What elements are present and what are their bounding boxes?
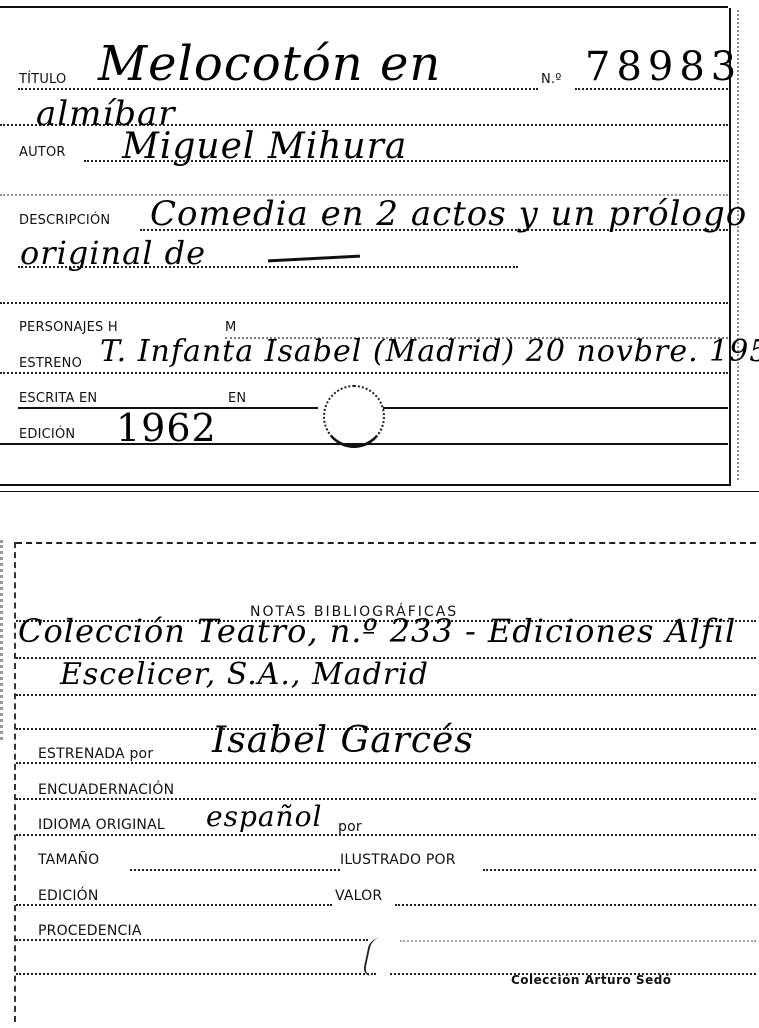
descripcion-value: Comedia en 2 actos y un prólogo — [150, 194, 747, 234]
notas-rule-3 — [16, 694, 756, 696]
valor-rule — [395, 904, 756, 906]
estreno-value: T. Infanta Isabel (Madrid) 20 novbre. 19… — [100, 334, 759, 369]
card-border-bottom — [0, 484, 731, 486]
tamano-rule — [130, 869, 340, 871]
bottom-rule — [16, 973, 376, 975]
escrita-en-rule-2 — [383, 407, 728, 409]
pencil-curve-mark — [362, 938, 386, 976]
estrenada-por-value: Isabel Garcés — [212, 720, 474, 761]
descripcion-label: DESCRIPCIÓN — [19, 213, 110, 228]
autor-label: AUTOR — [19, 145, 66, 160]
edicion-rule — [16, 904, 332, 906]
procedencia-rule-2 — [400, 940, 756, 942]
tamano-label: TAMAÑO — [38, 852, 99, 868]
edicion-value: 1962 — [116, 406, 217, 450]
stamp-mark — [323, 385, 385, 448]
dash-mark — [268, 255, 360, 263]
estrenada-por-rule — [16, 762, 756, 764]
numero-label: N.º — [541, 72, 562, 87]
card-border-left — [14, 542, 16, 1022]
idioma-por-label: por — [338, 819, 362, 835]
card-border-top — [16, 542, 756, 544]
edicion-label: EDICIÓN — [38, 888, 99, 904]
titulo-label: TÍTULO — [19, 72, 66, 87]
procedencia-rule — [16, 939, 368, 941]
collection-credit: Colección Arturo Sedó — [511, 973, 672, 987]
idioma-original-rule — [16, 834, 756, 836]
blank-rule-2 — [0, 302, 728, 304]
escrita-en-place-label: EN — [228, 391, 246, 406]
idioma-original-value: español — [206, 800, 322, 833]
escrita-en-label: ESCRITA EN — [19, 391, 97, 406]
ilustrado-por-label: ILUSTRADO POR — [340, 852, 456, 868]
autor-value: Miguel Mihura — [122, 126, 407, 167]
personajes-m-label: M — [225, 320, 236, 335]
ilustrado-por-rule — [483, 869, 756, 871]
valor-label: VALOR — [335, 888, 382, 904]
procedencia-label: PROCEDENCIA — [38, 923, 142, 939]
encuadernacion-rule — [16, 798, 756, 800]
personajes-label: PERSONAJES H — [19, 320, 118, 335]
catalog-card-front: TÍTULO Melocotón en N.º 78983 almíbar AU… — [0, 0, 759, 500]
idioma-original-label: IDIOMA ORIGINAL — [38, 817, 165, 833]
catalog-card-back: NOTAS BIBLIOGRÁFICAS Colección Teatro, n… — [0, 530, 759, 1028]
estreno-label: ESTRENO — [19, 356, 82, 371]
scan-edge-noise — [0, 540, 15, 740]
descripcion-value-cont: original de — [20, 234, 206, 272]
encuadernacion-label: ENCUADERNACIÓN — [38, 782, 174, 798]
edicion-label: EDICIÓN — [19, 427, 75, 442]
notas-line-2: Escelicer, S.A., Madrid — [60, 657, 429, 692]
notas-line-1: Colección Teatro, n.º 233 - Ediciones Al… — [18, 612, 736, 650]
card-border-top — [0, 6, 728, 8]
card-separator — [0, 491, 759, 492]
estreno-rule — [0, 372, 728, 374]
numero-value: 78983 — [585, 44, 742, 90]
titulo-value: Melocotón en — [98, 36, 441, 92]
estrenada-por-label: ESTRENADA por — [38, 746, 153, 762]
